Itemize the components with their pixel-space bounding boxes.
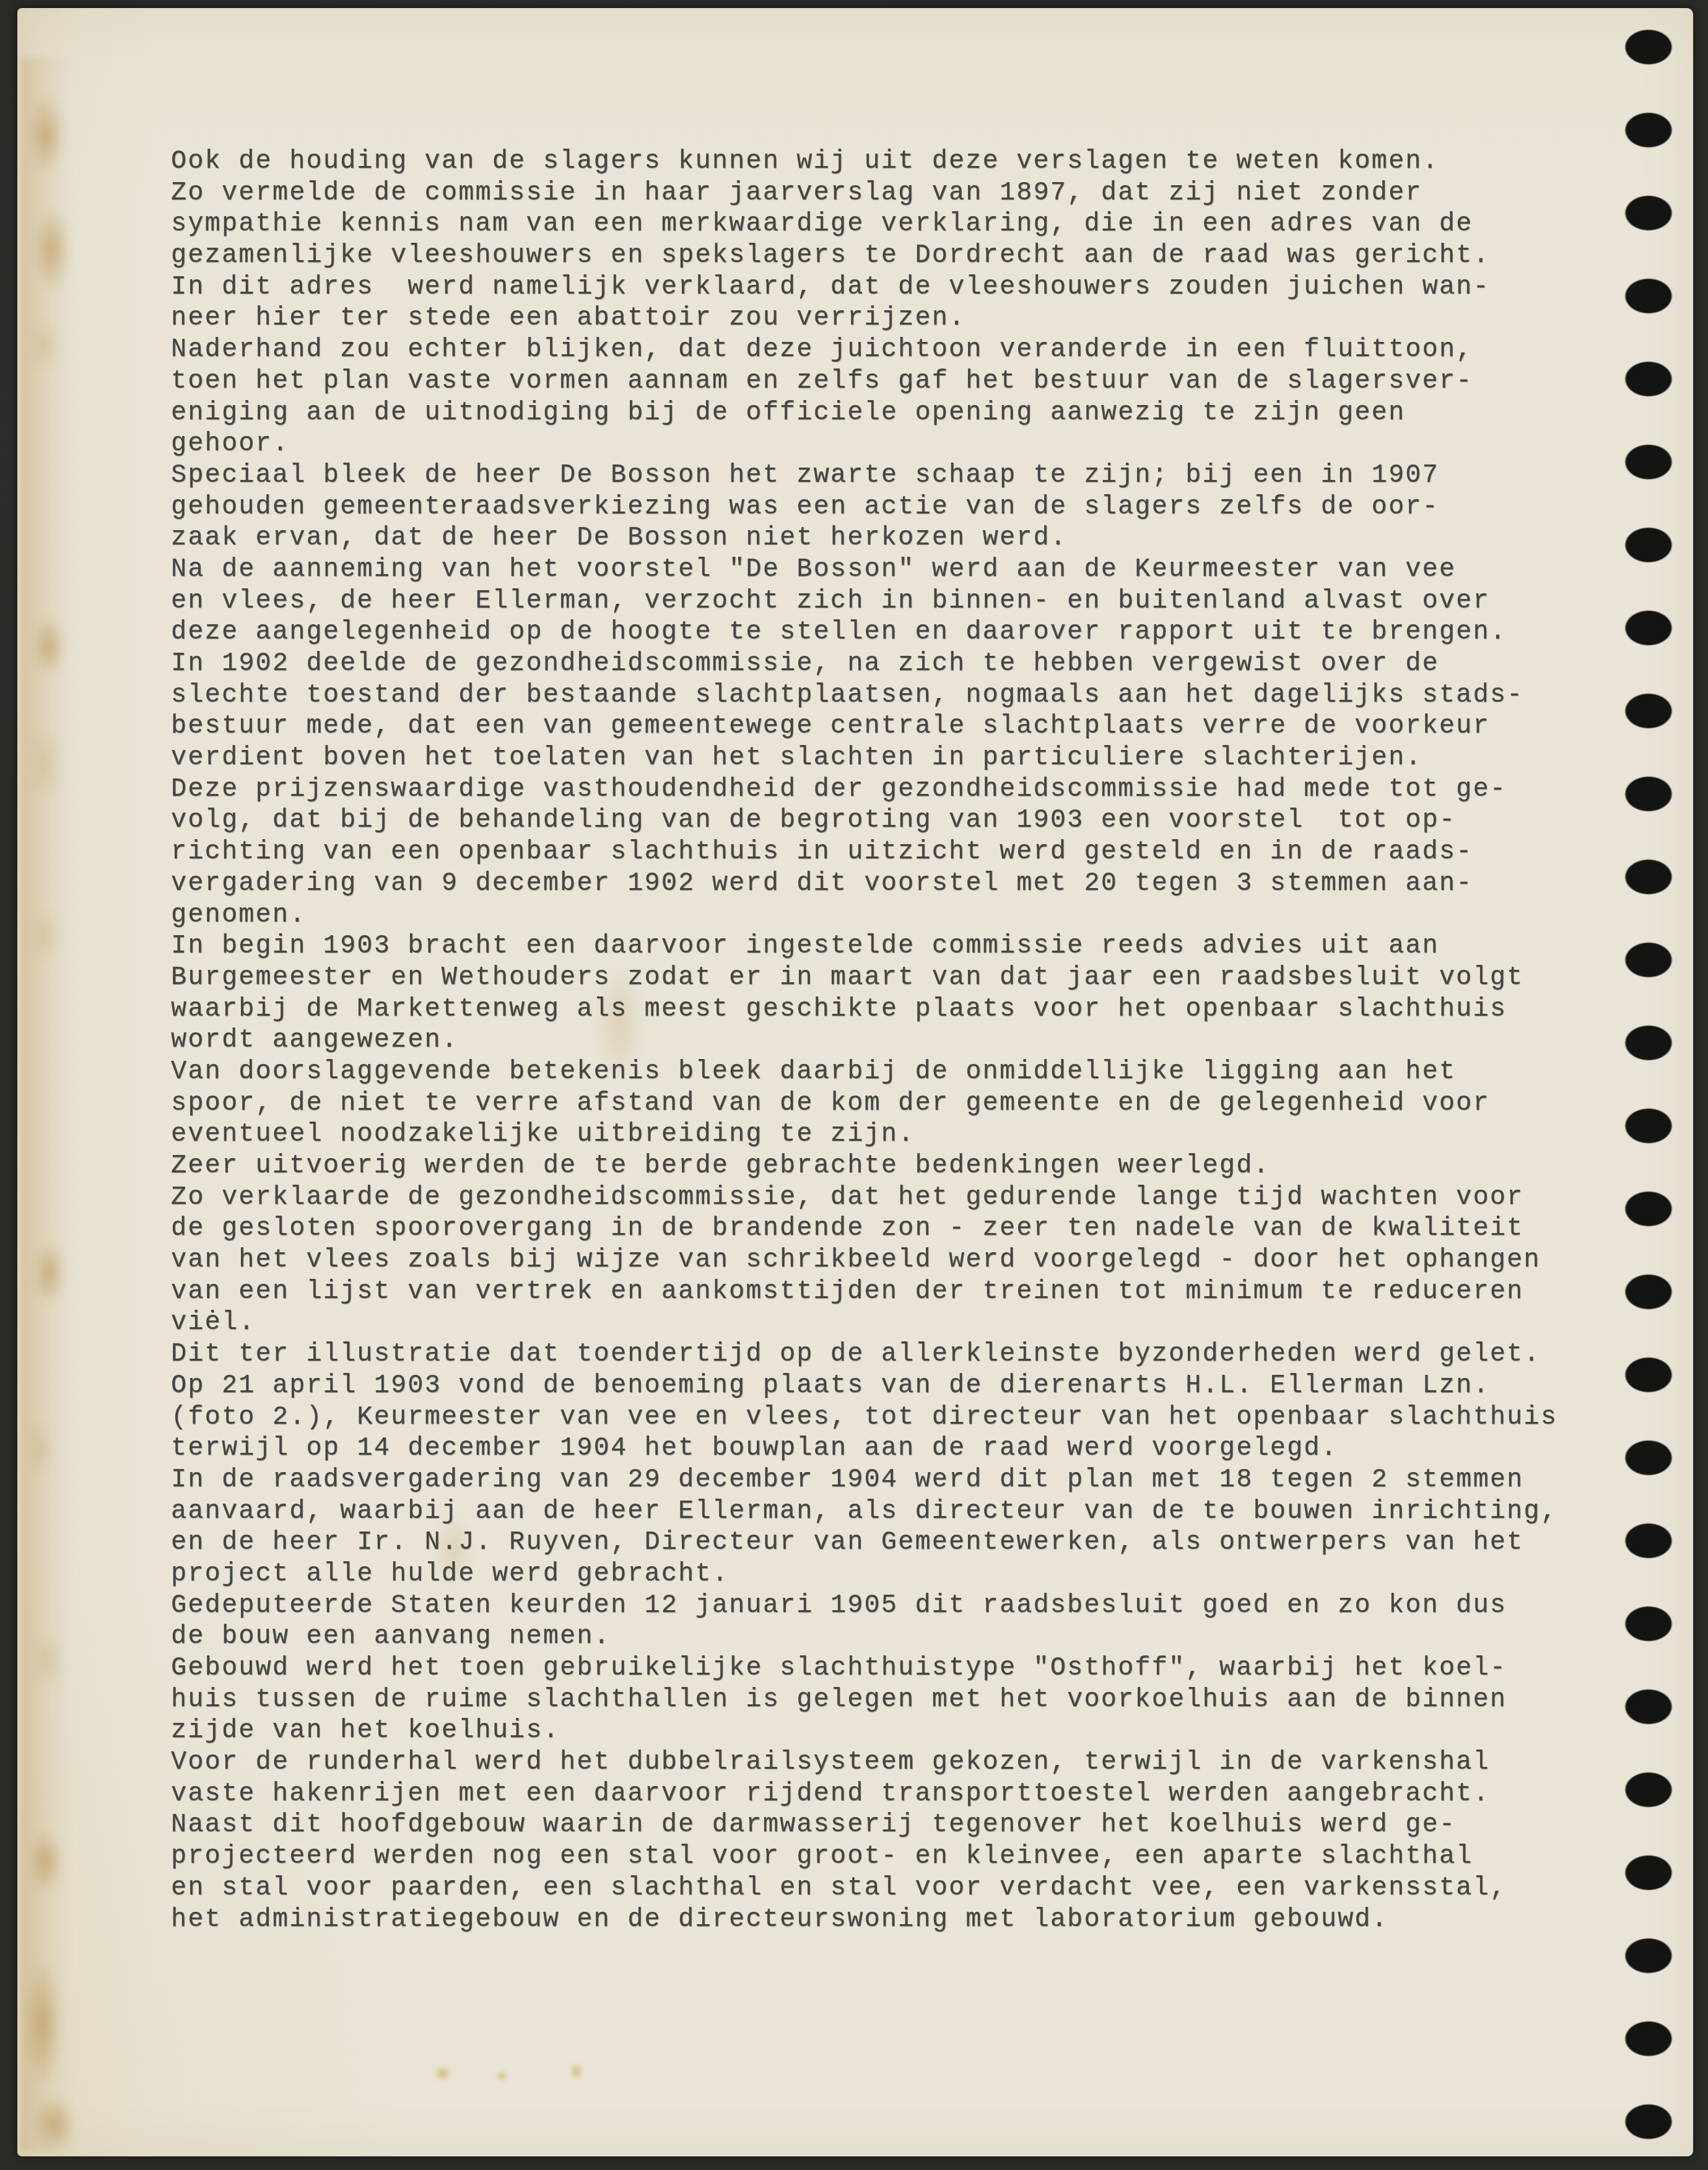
stain bbox=[434, 2065, 452, 2081]
text-line: In 1902 deelde de gezondheidscommissie, … bbox=[171, 648, 1558, 679]
text-line: zaak ervan, dat de heer De Bosson niet h… bbox=[171, 522, 1558, 554]
text-line: vaste hakenrijen met een daarvoor rijden… bbox=[171, 1778, 1558, 1810]
document-page: Ook de houding van de slagers kunnen wij… bbox=[17, 8, 1693, 2156]
text-line: Zeer uitvoerig werden de te berde gebrac… bbox=[171, 1150, 1558, 1182]
text-line: de bouw een aanvang nemen. bbox=[171, 1621, 1558, 1652]
stain bbox=[33, 206, 71, 293]
scanned-page-background: Ook de houding van de slagers kunnen wij… bbox=[0, 0, 1708, 2170]
binder-holes bbox=[1624, 8, 1673, 2156]
text-line: van het vlees zoals bij wijze van schrik… bbox=[171, 1244, 1558, 1276]
text-line: Voor de runderhal werd het dubbelrailsys… bbox=[171, 1746, 1558, 1778]
text-line: Naast dit hoofdgebouw waarin de darmwass… bbox=[171, 1809, 1558, 1841]
stain bbox=[26, 1420, 54, 1479]
stain bbox=[27, 726, 63, 801]
text-line: Speciaal bleek de heer De Bosson het zwa… bbox=[171, 460, 1558, 491]
text-line: sympathie kennis nam van een merkwaardig… bbox=[171, 208, 1558, 240]
text-line: waarbij de Markettenweg als meest geschi… bbox=[171, 993, 1558, 1025]
text-line: en stal voor paarden, een slachthal en s… bbox=[171, 1872, 1558, 1904]
text-line: toen het plan vaste vormen aannam en zel… bbox=[171, 365, 1558, 397]
stain bbox=[570, 2063, 583, 2080]
text-line: Ook de houding van de slagers kunnen wij… bbox=[171, 146, 1558, 177]
stain bbox=[32, 2095, 77, 2154]
text-line: projecteerd werden nog een stal voor gro… bbox=[171, 1841, 1558, 1872]
text-line: In dit adres werd namelijk verklaard, da… bbox=[171, 271, 1558, 303]
text-line: spoor, de niet te verre afstand van de k… bbox=[171, 1087, 1558, 1119]
text-line: viėl. bbox=[171, 1307, 1558, 1338]
text-line: Zo vermelde de commissie in haar jaarver… bbox=[171, 177, 1558, 209]
text-line: gezamenlijke vleeshouwers en spekslagers… bbox=[171, 240, 1558, 271]
text-line: volg, dat bij de behandeling van de begr… bbox=[171, 804, 1558, 836]
text-line: Dit ter illustratie dat toendertijd op d… bbox=[171, 1338, 1558, 1370]
text-line: eniging aan de uitnodiging bij de offici… bbox=[171, 397, 1558, 429]
text-line: van een lijst van vertrek en aankomsttij… bbox=[171, 1276, 1558, 1307]
stain bbox=[24, 1959, 62, 2089]
stain bbox=[495, 2070, 508, 2081]
text-line: Burgemeester en Wethouders zodat er in m… bbox=[171, 962, 1558, 993]
text-line: verdient boven het toelaten van het slac… bbox=[171, 742, 1558, 773]
stain bbox=[30, 318, 59, 373]
text-line: zijde van het koelhuis. bbox=[171, 1715, 1558, 1746]
text-line: terwijl op 14 december 1904 het bouwplan… bbox=[171, 1432, 1558, 1464]
text-line: Op 21 april 1903 vond de benoeming plaat… bbox=[171, 1370, 1558, 1401]
text-line: gehoor. bbox=[171, 428, 1558, 460]
paper-edge-stain bbox=[21, 58, 72, 2151]
text-line: neer hier ter stede een abattoir zou ver… bbox=[171, 302, 1558, 334]
text-line: gehouden gemeenteraadsverkiezing was een… bbox=[171, 491, 1558, 523]
text-line: In begin 1903 bracht een daarvoor ingest… bbox=[171, 930, 1558, 962]
stain bbox=[32, 1631, 64, 1689]
text-line: Deze prijzenswaardige vasthoudendheid de… bbox=[171, 773, 1558, 805]
text-line: genomen. bbox=[171, 899, 1558, 931]
text-line: deze aangelegenheid op de hoogte te stel… bbox=[171, 616, 1558, 648]
text-line: bestuur mede, dat een van gemeentewege c… bbox=[171, 710, 1558, 742]
stain bbox=[32, 615, 66, 677]
text-line: Na de aanneming van het voorstel "De Bos… bbox=[171, 554, 1558, 585]
text-line: Naderhand zou echter blijken, dat deze j… bbox=[171, 334, 1558, 365]
text-line: Gedeputeerde Staten keurden 12 januari 1… bbox=[171, 1590, 1558, 1621]
stain bbox=[28, 1829, 63, 1894]
stain bbox=[33, 1240, 66, 1305]
text-line: eventueel noodzakelijke uitbreiding te z… bbox=[171, 1118, 1558, 1150]
text-line: richting van een openbaar slachthuis in … bbox=[171, 836, 1558, 868]
text-line: slechte toestand der bestaande slachtpla… bbox=[171, 679, 1558, 711]
text-line: aanvaard, waarbij aan de heer Ellerman, … bbox=[171, 1496, 1558, 1527]
text-line: het administratiegebouw en de directeurs… bbox=[171, 1904, 1558, 1935]
text-line: de gesloten spoorovergang in de brandend… bbox=[171, 1213, 1558, 1244]
text-line: project alle hulde werd gebracht. bbox=[171, 1558, 1558, 1590]
text-line: en de heer Ir. N.J. Ruyven, Directeur va… bbox=[171, 1527, 1558, 1558]
stain bbox=[31, 906, 59, 965]
text-line: huis tussen de ruime slachthallen is gel… bbox=[171, 1684, 1558, 1715]
document-text: Ook de houding van de slagers kunnen wij… bbox=[171, 146, 1558, 1935]
text-line: en vlees, de heer Ellerman, verzocht zic… bbox=[171, 585, 1558, 617]
text-line: (foto 2.), Keurmeester van vee en vlees,… bbox=[171, 1401, 1558, 1433]
text-line: wordt aangewezen. bbox=[171, 1024, 1558, 1056]
text-line: Van doorslaggevende betekenis bleek daar… bbox=[171, 1056, 1558, 1087]
text-line: vergadering van 9 december 1902 werd dit… bbox=[171, 868, 1558, 899]
stain bbox=[28, 95, 64, 175]
text-line: Gebouwd werd het toen gebruikelijke slac… bbox=[171, 1652, 1558, 1684]
text-line: Zo verklaarde de gezondheidscommissie, d… bbox=[171, 1182, 1558, 1213]
text-line: In de raadsvergadering van 29 december 1… bbox=[171, 1464, 1558, 1496]
